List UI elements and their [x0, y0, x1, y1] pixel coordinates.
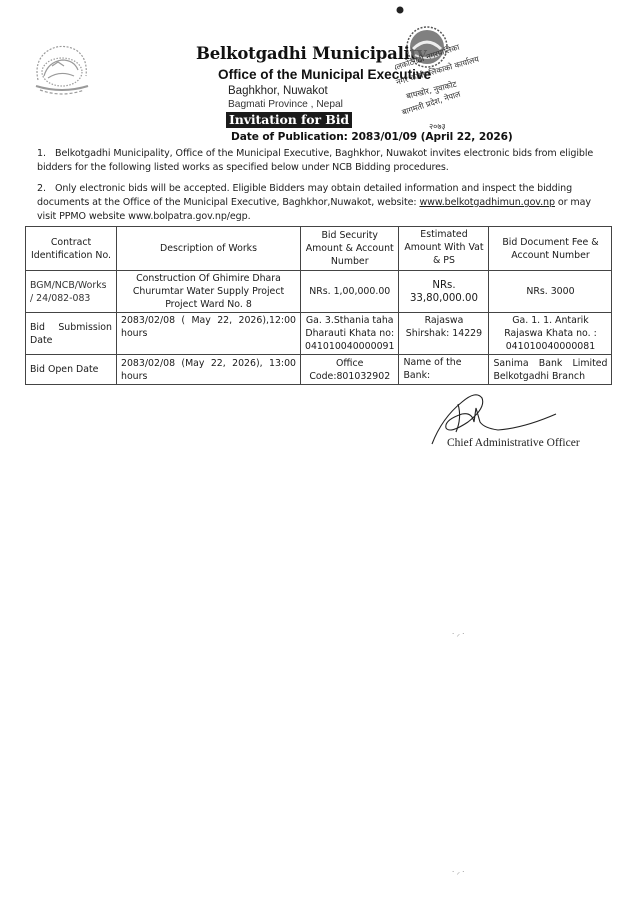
table-header-row: Contract Identification No. Description … [26, 227, 612, 271]
bank-name-label-cell: Name of the Bank: [399, 355, 489, 385]
revenue-head-cell: Rajaswa Shirshak: 14229 [399, 313, 489, 355]
paragraph-1: 1.Belkotgadhi Municipality, Office of th… [37, 147, 607, 175]
description-cell: Construction Of Ghimire Dhara Churumtar … [117, 271, 301, 313]
municipal-seal-stamp-icon: बेलकोटगढी नगरपालिका नगर कार्यपालिकाको का… [395, 5, 495, 135]
scan-speck: · ⸝ · [452, 868, 464, 877]
column-header: Estimated Amount With Vat & PS [399, 227, 489, 271]
paragraph-number: 1. [37, 147, 55, 161]
column-header: Contract Identification No. [26, 227, 117, 271]
notice-title: Invitation for Bid [226, 112, 352, 128]
office-code-cell: Office Code:801032902 [301, 355, 399, 385]
submission-date-cell: 2083/02/08 ( May 22, 2026),12:00 hours [117, 313, 301, 355]
address-line-1: Baghkhor, Nuwakot [228, 85, 328, 97]
table-row: Bid Open Date 2083/02/08 (May 22, 2026),… [26, 355, 612, 385]
bid-security-account-cell: Ga. 3.Sthania taha Dharauti Khata no: 04… [301, 313, 399, 355]
doc-fee-cell: NRs. 3000 [489, 271, 612, 313]
address-line-2: Bagmati Province , Nepal [228, 99, 343, 110]
open-date-label-cell: Bid Open Date [26, 355, 117, 385]
table-row: Bid Submission Date 2083/02/08 ( May 22,… [26, 313, 612, 355]
column-header: Description of Works [117, 227, 301, 271]
table-row: BGM/NCB/Works / 24/082-083 Construction … [26, 271, 612, 313]
estimated-amount-cell: NRs. 33,80,000.00 [399, 271, 489, 313]
paragraph-2: 2.Only electronic bids will be accepted.… [37, 182, 607, 224]
open-date-cell: 2083/02/08 (May 22, 2026), 13:00 hours [117, 355, 301, 385]
column-header: Bid Security Amount & Account Number [301, 227, 399, 271]
municipality-name: Belkotgadhi Municipality [196, 44, 427, 63]
bid-security-cell: NRs. 1,00,000.00 [301, 271, 399, 313]
contract-id-cell: BGM/NCB/Works / 24/082-083 [26, 271, 117, 313]
submission-date-label-cell: Bid Submission Date [26, 313, 117, 355]
svg-text:२०७३: २०७३ [429, 122, 446, 131]
bank-name-cell: Sanima Bank Limited Belkotgadhi Branch [489, 355, 612, 385]
paragraph-text: Belkotgadhi Municipality, Office of the … [37, 148, 593, 173]
paragraph-number: 2. [37, 182, 55, 196]
signatory-title: Chief Administrative Officer [447, 437, 580, 449]
doc-fee-account-cell: Ga. 1. 1. Antarik Rajaswa Khata no. : 04… [489, 313, 612, 355]
bid-details-table: Contract Identification No. Description … [25, 226, 612, 385]
municipality-website-link[interactable]: www.belkotgadhimun.gov.np [419, 197, 555, 208]
nepal-government-emblem-icon [30, 40, 94, 100]
scan-speck: · ⸝ · [452, 630, 464, 639]
column-header: Bid Document Fee & Account Number [489, 227, 612, 271]
